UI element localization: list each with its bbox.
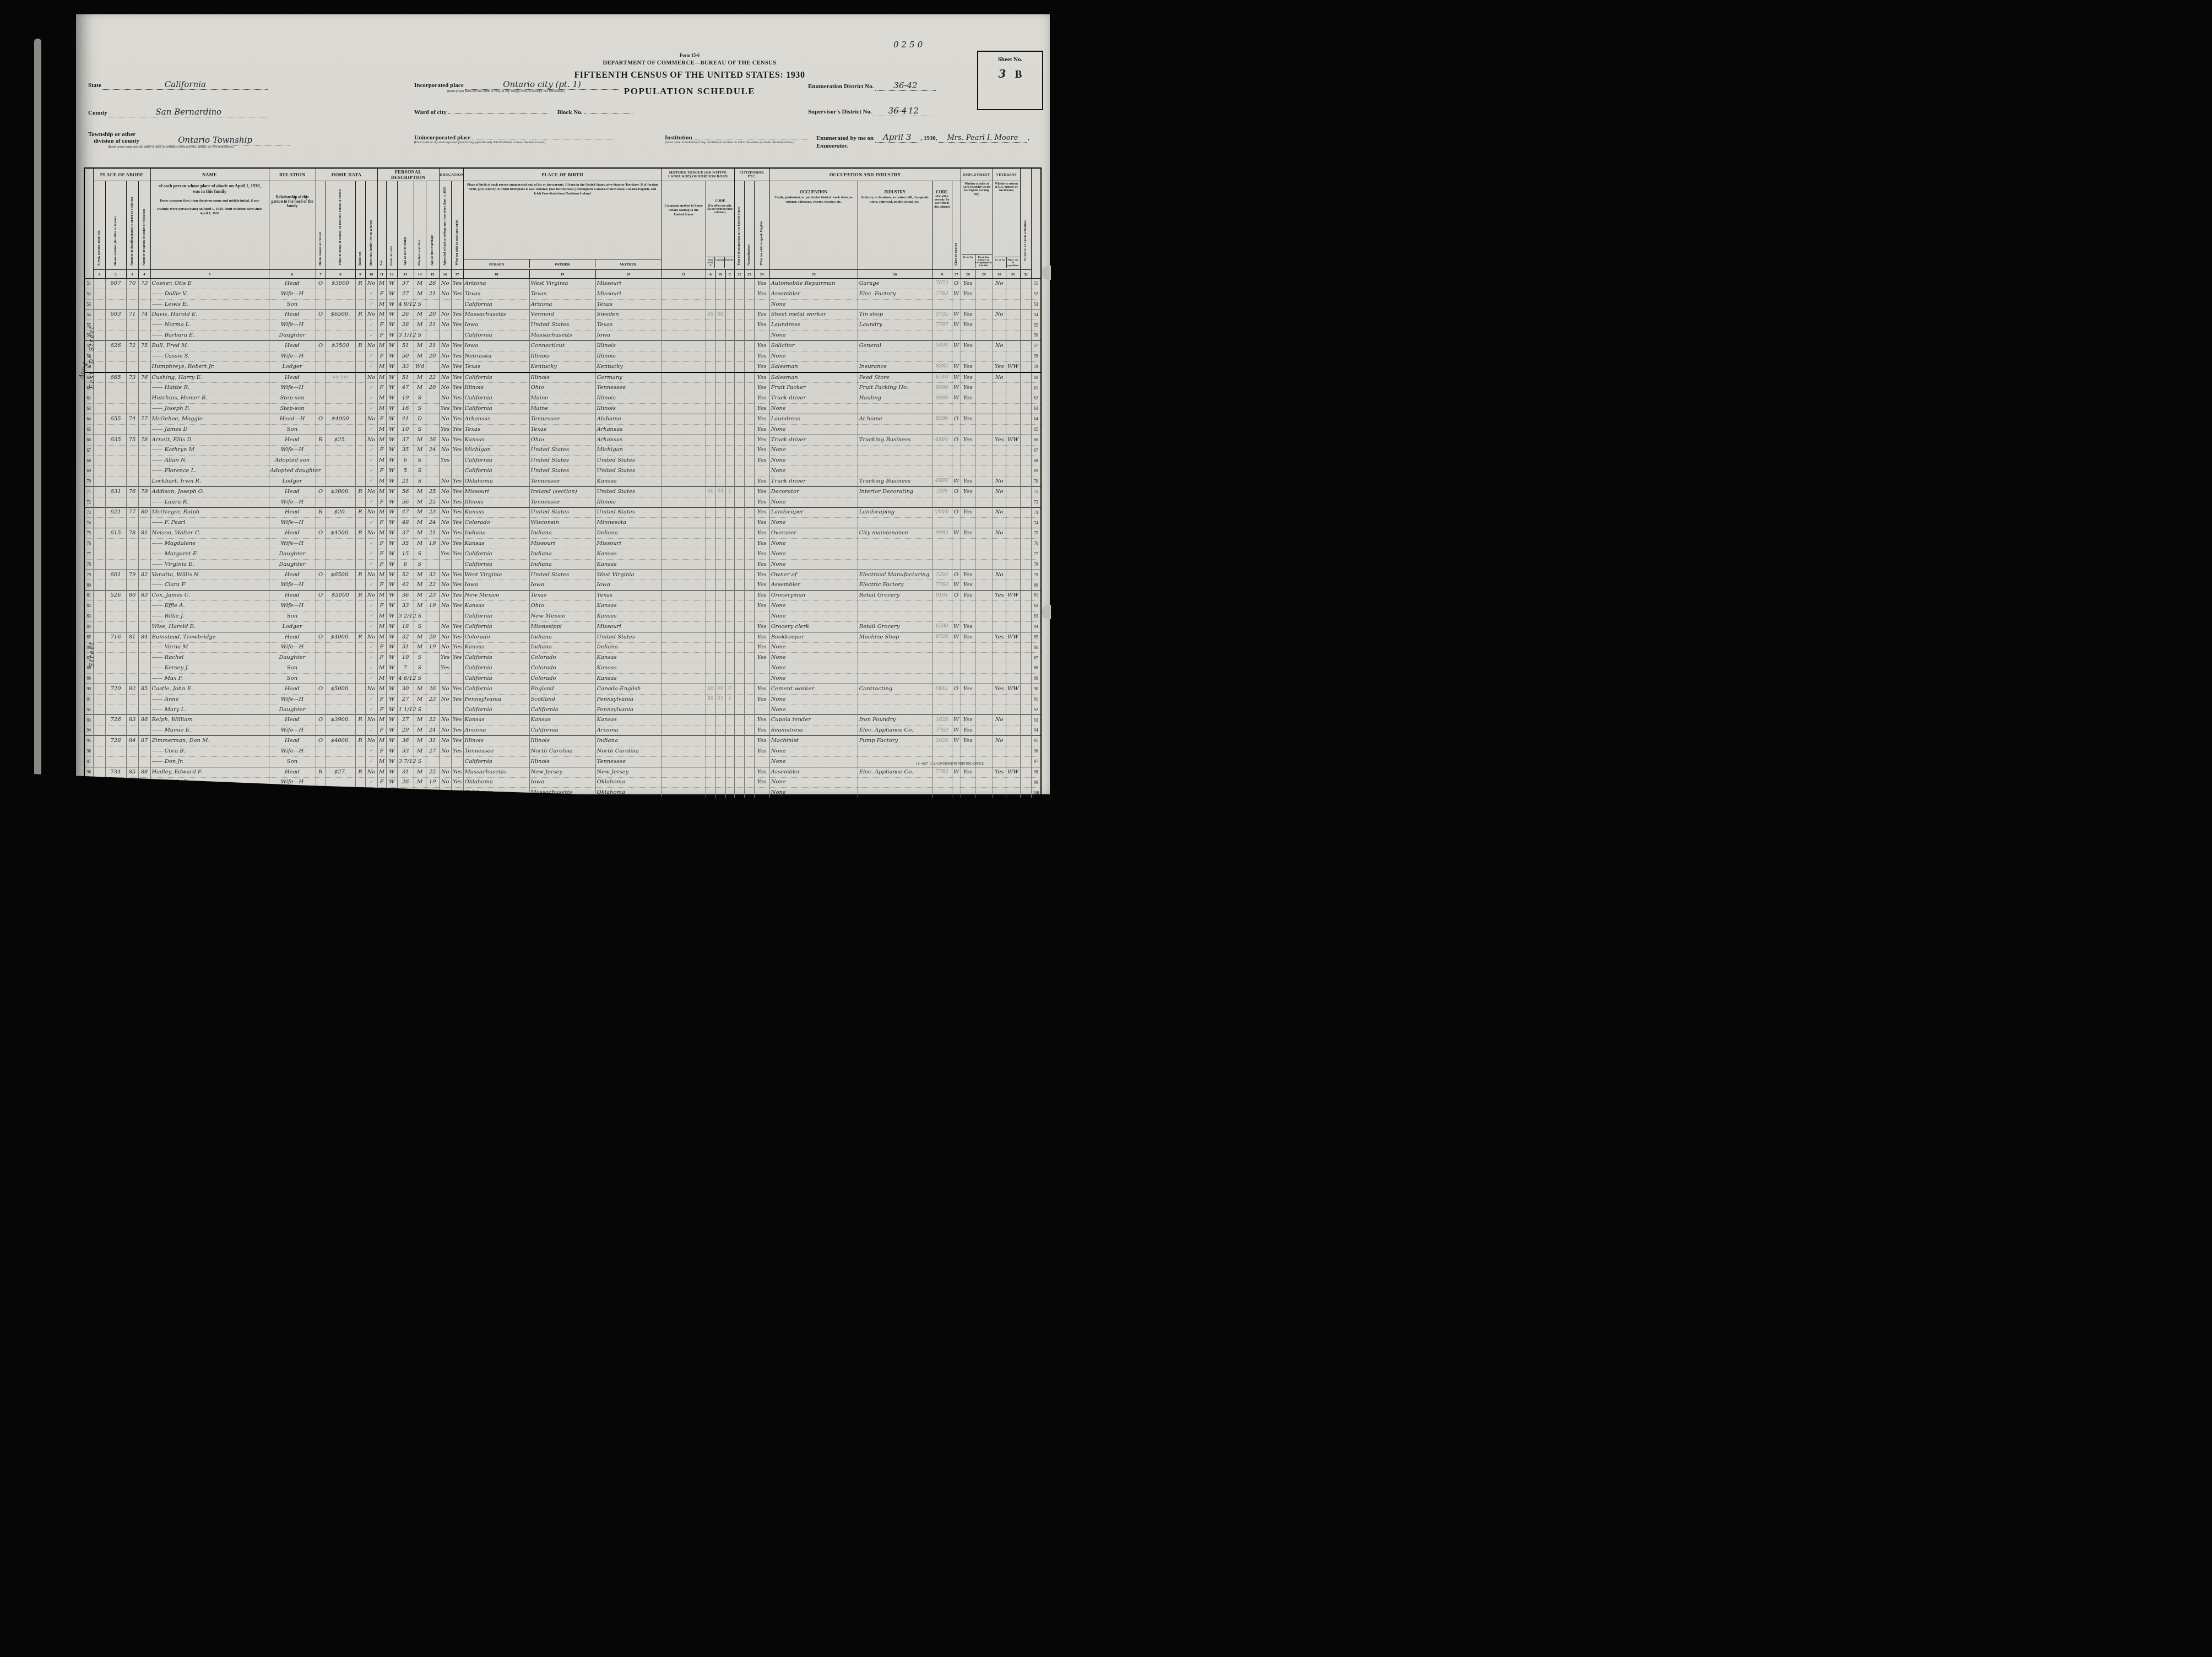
cell-ca [706, 372, 715, 383]
cell-ms: M [414, 632, 426, 642]
cell-ln: 84 [84, 621, 93, 632]
cell-nz [744, 518, 754, 528]
cell-f: 84 [138, 632, 150, 642]
cell-sc [439, 559, 451, 570]
cell-sx: M [377, 663, 386, 674]
cell-cl: O [952, 435, 961, 445]
cell-bp: California [463, 393, 529, 404]
cell-lnr: 52 [1031, 289, 1041, 299]
cell-cc [725, 435, 734, 445]
cell-vt [993, 331, 1006, 341]
cell-rw: Yes [451, 621, 463, 632]
cell-cl [952, 456, 961, 466]
cell-cr: W [386, 456, 397, 466]
cell-f [138, 456, 150, 466]
header-mother-tongue: MOTHER TONGUE (OR NATIVE LANGUAGE) OF FO… [662, 168, 734, 181]
cell-cl: W [952, 621, 961, 632]
cell-sc: No [439, 497, 451, 507]
cell-bf: Missouri [529, 539, 595, 549]
cell-vt [993, 777, 1006, 788]
cell-en [754, 674, 769, 684]
cell-cl [952, 694, 961, 705]
cell-rw: Yes [451, 684, 463, 694]
cell-bp: California [463, 621, 529, 632]
cell-bp: California [463, 674, 529, 684]
cell-sx: M [377, 570, 386, 580]
cell-ms: M [414, 591, 426, 601]
cell-yi [734, 383, 744, 393]
cell-rw: Yes [451, 414, 463, 424]
cell-wr [1006, 456, 1020, 466]
cell-ag: 36 [397, 591, 414, 601]
cell-bf: Colorado [529, 653, 595, 663]
cell-bp: Oklahoma [463, 777, 529, 788]
cell-h [105, 289, 126, 299]
cell-sx: F [377, 445, 386, 456]
cell-vt: Yes [993, 435, 1006, 445]
cell-wk: Yes [961, 621, 975, 632]
cell-nz [744, 559, 754, 570]
cell-bm: Germany [595, 372, 662, 383]
cell-o [316, 476, 326, 487]
cell-ln: 78 [84, 559, 93, 570]
cell-yi [734, 331, 744, 341]
cell-bm: Minnesota [595, 518, 662, 528]
cell-h [105, 456, 126, 466]
cell-wr [1006, 663, 1020, 674]
cell-bf: Illinois [529, 351, 595, 361]
cell-cr: W [386, 445, 397, 456]
cell-un [975, 383, 993, 393]
cell-ln: 67 [84, 445, 93, 456]
cell-cc [725, 559, 734, 570]
cell-v [326, 756, 355, 767]
census-row-91: 91—— AnneWife—H✓FW27M23NoYesPennsylvania… [84, 694, 1041, 705]
cell-street [93, 528, 105, 539]
cell-ca [706, 559, 715, 570]
cell-nm: McGehee, Maggie [150, 414, 269, 424]
cell-ca [706, 279, 715, 289]
cell-lg [662, 404, 706, 414]
cell-nm: —— Laura R. [150, 497, 269, 507]
cell-am [426, 393, 439, 404]
census-row-89: 89—— Max F.Son✓MW4 6/12SCaliforniaColora… [84, 674, 1041, 684]
cell-rw [451, 705, 463, 715]
cell-vt [993, 466, 1006, 476]
cell-cr: W [386, 684, 397, 694]
header-home-value: Value of home, if owned, or monthly rent… [326, 181, 355, 270]
cell-street [93, 341, 105, 351]
cell-wk [961, 331, 975, 341]
cell-h [105, 756, 126, 767]
cell-fm: ✓ [365, 621, 377, 632]
cell-nz [744, 663, 754, 674]
cell-h: 526 [105, 591, 126, 601]
cell-bf: New Jersey [529, 767, 595, 777]
cell-rw: Yes [451, 497, 463, 507]
cell-cd [932, 404, 952, 414]
cell-wr [1006, 518, 1020, 528]
cell-cd [932, 559, 952, 570]
cell-bf: Massachusetts [529, 331, 595, 341]
header-name: NAME [150, 168, 269, 181]
cell-r [355, 705, 365, 715]
cell-fm: ✓ [365, 756, 377, 767]
cell-yi [734, 549, 744, 559]
cell-bp: California [463, 456, 529, 466]
cell-h [105, 476, 126, 487]
cell-wk: Yes [961, 591, 975, 601]
cell-h [105, 653, 126, 663]
cell-rel: Son [269, 611, 316, 622]
cell-lnr: 75 [1031, 528, 1041, 539]
cell-fm: No [365, 279, 377, 289]
cell-wk: Yes [961, 414, 975, 424]
cell-bf: Tennessee [529, 476, 595, 487]
cell-cd: 7763 [932, 289, 952, 299]
cell-d [126, 393, 138, 404]
cell-cc [725, 341, 734, 351]
cell-rel: Head [269, 507, 316, 518]
cell-rel: Head [269, 528, 316, 539]
cell-oc: Laundress [769, 414, 858, 424]
cell-street [93, 756, 105, 767]
cell-ca [706, 507, 715, 518]
cell-sx: M [377, 528, 386, 539]
cell-rw: Yes [451, 383, 463, 393]
cell-sx: M [377, 476, 386, 487]
cell-v [326, 518, 355, 528]
cell-rel: Head [269, 435, 316, 445]
cell-lg [662, 621, 706, 632]
cell-wr [1006, 705, 1020, 715]
cell-yi [734, 715, 744, 725]
unincorporated-label: Unincorporated place [414, 134, 470, 141]
cell-lnr: 85 [1031, 632, 1041, 642]
column-number-29: 29 [975, 270, 993, 279]
cell-r [355, 663, 365, 674]
cell-nm: Wise, Harold B. [150, 621, 269, 632]
cell-ca [706, 383, 715, 393]
cell-cr: W [386, 570, 397, 580]
cell-ms: M [414, 289, 426, 299]
cell-cl [952, 518, 961, 528]
cell-rw: Yes [451, 746, 463, 756]
cell-lg [662, 788, 706, 798]
cell-wk: Yes [961, 528, 975, 539]
cell-ms: S [414, 476, 426, 487]
cell-bm: Illinois [595, 497, 662, 507]
cell-v [326, 539, 355, 549]
cell-lg [662, 424, 706, 435]
cell-wk [961, 351, 975, 361]
cell-wk: Yes [961, 361, 975, 372]
census-row-64: 646557477McGehee, MaggieHead—HO$4000NoFW… [84, 414, 1041, 424]
cell-cc [725, 518, 734, 528]
cell-fm: ✓ [365, 331, 377, 341]
cell-oc: Cupola tender [769, 715, 858, 725]
cell-yi [734, 621, 744, 632]
cell-cr: W [386, 632, 397, 642]
cell-cb [715, 361, 725, 372]
cell-nm: —— Norma L. [150, 320, 269, 331]
cell-rw: Yes [451, 601, 463, 611]
cell-cd [932, 466, 952, 476]
cell-sc: Yes [439, 663, 451, 674]
cell-ln: 62 [84, 393, 93, 404]
cell-cd [932, 705, 952, 715]
cell-en: Yes [754, 361, 769, 372]
cell-cb [715, 518, 725, 528]
cell-bf: Indiana [529, 528, 595, 539]
cell-bm: Illinois [595, 341, 662, 351]
cell-h [105, 694, 126, 705]
cell-rel: Step-son [269, 404, 316, 414]
cell-ca [706, 539, 715, 549]
cell-nm: Relph, William [150, 715, 269, 725]
cell-wk: Yes [961, 279, 975, 289]
cell-lg [662, 736, 706, 746]
cell-cl [952, 663, 961, 674]
cell-oc: None [769, 601, 858, 611]
cell-am [426, 361, 439, 372]
cell-cd [932, 694, 952, 705]
cell-nm: —— Mamie E. [150, 725, 269, 736]
cell-d [126, 361, 138, 372]
cell-yi [734, 320, 744, 331]
cell-ag: 31 [397, 767, 414, 777]
sheet-letter: B [1015, 69, 1022, 80]
cell-o: R [316, 435, 326, 445]
cell-oc: Sheet metal worker [769, 310, 858, 320]
cell-rw: Yes [451, 777, 463, 788]
cell-fs [1020, 310, 1031, 320]
cell-lnr: 90 [1031, 684, 1041, 694]
cell-ag: 18 [397, 621, 414, 632]
column-number-row: 123456789101112131415161718192021ABC2223… [84, 270, 1041, 279]
cell-oc: None [769, 746, 858, 756]
header-occupation-industry: OCCUPATION AND INDUSTRY [769, 168, 961, 181]
enumeration-date: April 3 [875, 132, 919, 143]
cell-ind [858, 424, 932, 435]
cell-cr: W [386, 507, 397, 518]
cell-fm: ✓ [365, 601, 377, 611]
cell-ind: Laundry [858, 320, 932, 331]
cell-ln: 72 [84, 497, 93, 507]
cell-nz [744, 476, 754, 487]
cell-rel: Head [269, 310, 316, 320]
cell-ln: 77 [84, 549, 93, 559]
census-row-88: 88—— Kersey J.Son✓MW7SYesCaliforniaColor… [84, 663, 1041, 674]
cell-ind: Insurance [858, 361, 932, 372]
cell-un [975, 528, 993, 539]
cell-am [426, 705, 439, 715]
cell-oc: Seamstress [769, 725, 858, 736]
cell-lg [662, 663, 706, 674]
cell-am [426, 621, 439, 632]
cell-fm: No [365, 372, 377, 383]
cell-en: Yes [754, 320, 769, 331]
cell-sc: No [439, 435, 451, 445]
cell-sc: No [439, 445, 451, 456]
column-number-5: 5 [150, 270, 269, 279]
cell-street [93, 351, 105, 361]
cell-sx: F [377, 549, 386, 559]
cell-nm: Lockhart, Irvin R. [150, 476, 269, 487]
cell-nz [744, 570, 754, 580]
cell-lg [662, 694, 706, 705]
block-label: Block No. [557, 109, 583, 116]
cell-fs [1020, 580, 1031, 591]
cell-sc: No [439, 476, 451, 487]
cell-f [138, 642, 150, 653]
cell-d [126, 383, 138, 393]
cell-o [316, 497, 326, 507]
cell-ca [706, 445, 715, 456]
cell-bp: Illinois [463, 497, 529, 507]
cell-rel: Head [269, 341, 316, 351]
cell-ca [706, 570, 715, 580]
cell-bp: West Virginia [463, 570, 529, 580]
cell-vt [993, 746, 1006, 756]
cell-wk [961, 777, 975, 788]
cell-v [326, 320, 355, 331]
cell-ms: S [414, 456, 426, 466]
cell-cc [725, 528, 734, 539]
cell-cc [725, 372, 734, 383]
cell-fs [1020, 694, 1031, 705]
cell-h [105, 393, 126, 404]
cell-wk: Yes [961, 715, 975, 725]
cell-yi [734, 539, 744, 549]
header-street: Street, avenue, road, etc. [93, 181, 105, 270]
cell-d [126, 289, 138, 299]
census-row-54: 546037174Davis, Harold E.HeadO$6500.RNoM… [84, 310, 1041, 320]
cell-ind: Retail Grocery [858, 591, 932, 601]
cell-rel: Son [269, 756, 316, 767]
cell-wr [1006, 611, 1020, 622]
cell-cc [725, 777, 734, 788]
cell-yi [734, 705, 744, 715]
cell-am [426, 331, 439, 341]
cell-nz [744, 777, 754, 788]
cell-fm: ✓ [365, 466, 377, 476]
cell-fm: ✓ [365, 404, 377, 414]
cell-wk [961, 611, 975, 622]
cell-fs [1020, 424, 1031, 435]
cell-bf: Ohio [529, 601, 595, 611]
cell-cc [725, 725, 734, 736]
census-row-81: 815268083Cox, James C.HeadO$5000RNoMW36M… [84, 591, 1041, 601]
cell-fs [1020, 476, 1031, 487]
cell-bm: Kansas [595, 559, 662, 570]
cell-cc [725, 663, 734, 674]
cell-fm: ✓ [365, 694, 377, 705]
cell-h: 716 [105, 632, 126, 642]
cell-o [316, 642, 326, 653]
cell-bf: Colorado [529, 674, 595, 684]
cell-rel: Wife—H [269, 518, 316, 528]
cell-nz [744, 632, 754, 642]
cell-ms: S [414, 653, 426, 663]
cell-street [93, 279, 105, 289]
cell-ag: 37 [397, 279, 414, 289]
cell-ln: 89 [84, 674, 93, 684]
cell-yi [734, 404, 744, 414]
cell-rw: Yes [451, 632, 463, 642]
cell-vt [993, 559, 1006, 570]
cell-ca [706, 767, 715, 777]
cell-lnr: 81 [1031, 591, 1041, 601]
cell-vt [993, 694, 1006, 705]
cell-un [975, 445, 993, 456]
column-number-6: 6 [269, 270, 316, 279]
cell-f [138, 621, 150, 632]
cell-h [105, 601, 126, 611]
cell-en [754, 331, 769, 341]
cell-street [93, 393, 105, 404]
cell-nz [744, 320, 754, 331]
cell-cl: O [952, 486, 961, 497]
cell-lnr: 69 [1031, 466, 1041, 476]
cell-am: 21 [426, 528, 439, 539]
form-number: Form 15-6 [513, 53, 866, 58]
cell-o: O [316, 591, 326, 601]
cell-cd: 7263 [932, 570, 952, 580]
cell-en: Yes [754, 632, 769, 642]
cell-bm: Illinois [595, 404, 662, 414]
census-row-71: 716317679Addison, Joseph O.HeadO$3000.RN… [84, 486, 1041, 497]
census-row-92: 92—— Mary L.Daughter✓FW1 1/12SCalifornia… [84, 705, 1041, 715]
cell-wk [961, 642, 975, 653]
cell-r [355, 372, 365, 383]
cell-rel: Son [269, 663, 316, 674]
cell-rel: Wife—H [269, 320, 316, 331]
cell-d [126, 351, 138, 361]
cell-h [105, 331, 126, 341]
cell-lg [662, 372, 706, 383]
cell-d [126, 456, 138, 466]
cell-rw: Yes [451, 694, 463, 705]
cell-d [126, 725, 138, 736]
cell-rel: Head [269, 632, 316, 642]
cell-yi [734, 497, 744, 507]
cell-oc: None [769, 694, 858, 705]
cell-vt: Yes [993, 767, 1006, 777]
cell-v [326, 580, 355, 591]
cell-cr: W [386, 767, 397, 777]
incorporated-value: Ontario city (pt. 1) [465, 79, 619, 90]
cell-d: 75 [126, 435, 138, 445]
cell-o: R [316, 507, 326, 518]
cell-ms: S [414, 424, 426, 435]
cell-lnr: 88 [1031, 663, 1041, 674]
cell-ind: Interior Decorating [858, 486, 932, 497]
cell-ca [706, 777, 715, 788]
cell-cb [715, 653, 725, 663]
cell-sx: F [377, 351, 386, 361]
cell-wr [1006, 777, 1020, 788]
cell-wk: Yes [961, 320, 975, 331]
cell-ind [858, 518, 932, 528]
cell-bf: Iowa [529, 580, 595, 591]
cell-sx: F [377, 414, 386, 424]
cell-r: R [355, 279, 365, 289]
header-class-of-worker: Class of worker [952, 181, 961, 270]
header-code-c: Nativity [724, 257, 734, 268]
cell-rw: Yes [451, 393, 463, 404]
cell-oc: None [769, 756, 858, 767]
